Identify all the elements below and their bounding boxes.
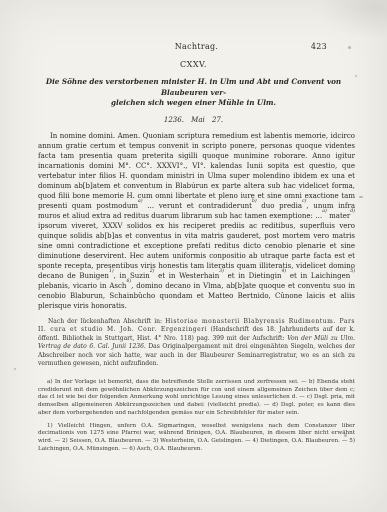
- charter-body-text: In nomine domini. Amen. Quoniam scriptur…: [38, 131, 355, 311]
- footnotes-lettered: a) In der Vorlage ist bemerkt, dass die …: [38, 379, 355, 418]
- running-title: Nachtrag.: [175, 42, 219, 51]
- charter-title-line-1: Die Söhne des verstorbenen minister H. i…: [34, 77, 353, 98]
- scan-speck: [344, 434, 347, 437]
- footnotes-numbered: 1) Vielleicht Hingen, unfern O.A. Sigmar…: [38, 423, 355, 454]
- charter-number: CXXV.: [0, 60, 387, 69]
- page-number: 423: [311, 42, 327, 51]
- scan-speck: [359, 196, 363, 198]
- source-note: Nach der lückenhaften Abschrift in: Hist…: [38, 318, 355, 370]
- scan-speck: [14, 368, 16, 370]
- scan-smudge: [317, 0, 387, 40]
- source-note-intro: Nach der lückenhaften Abschrift in:: [48, 318, 165, 325]
- book-page: Nachtrag. 423 CXXV. Die Söhne des versto…: [0, 0, 387, 512]
- scan-speck: [355, 75, 357, 77]
- running-header: Nachtrag. 423: [38, 42, 355, 51]
- charter-title: Die Söhne des verstorbenen minister H. i…: [34, 77, 353, 109]
- scan-speck: [348, 46, 351, 49]
- charter-title-line-2: gleichen sich wegen einer Mühle in Ulm.: [34, 98, 353, 109]
- charter-date: 1236. Mai 27.: [0, 116, 387, 124]
